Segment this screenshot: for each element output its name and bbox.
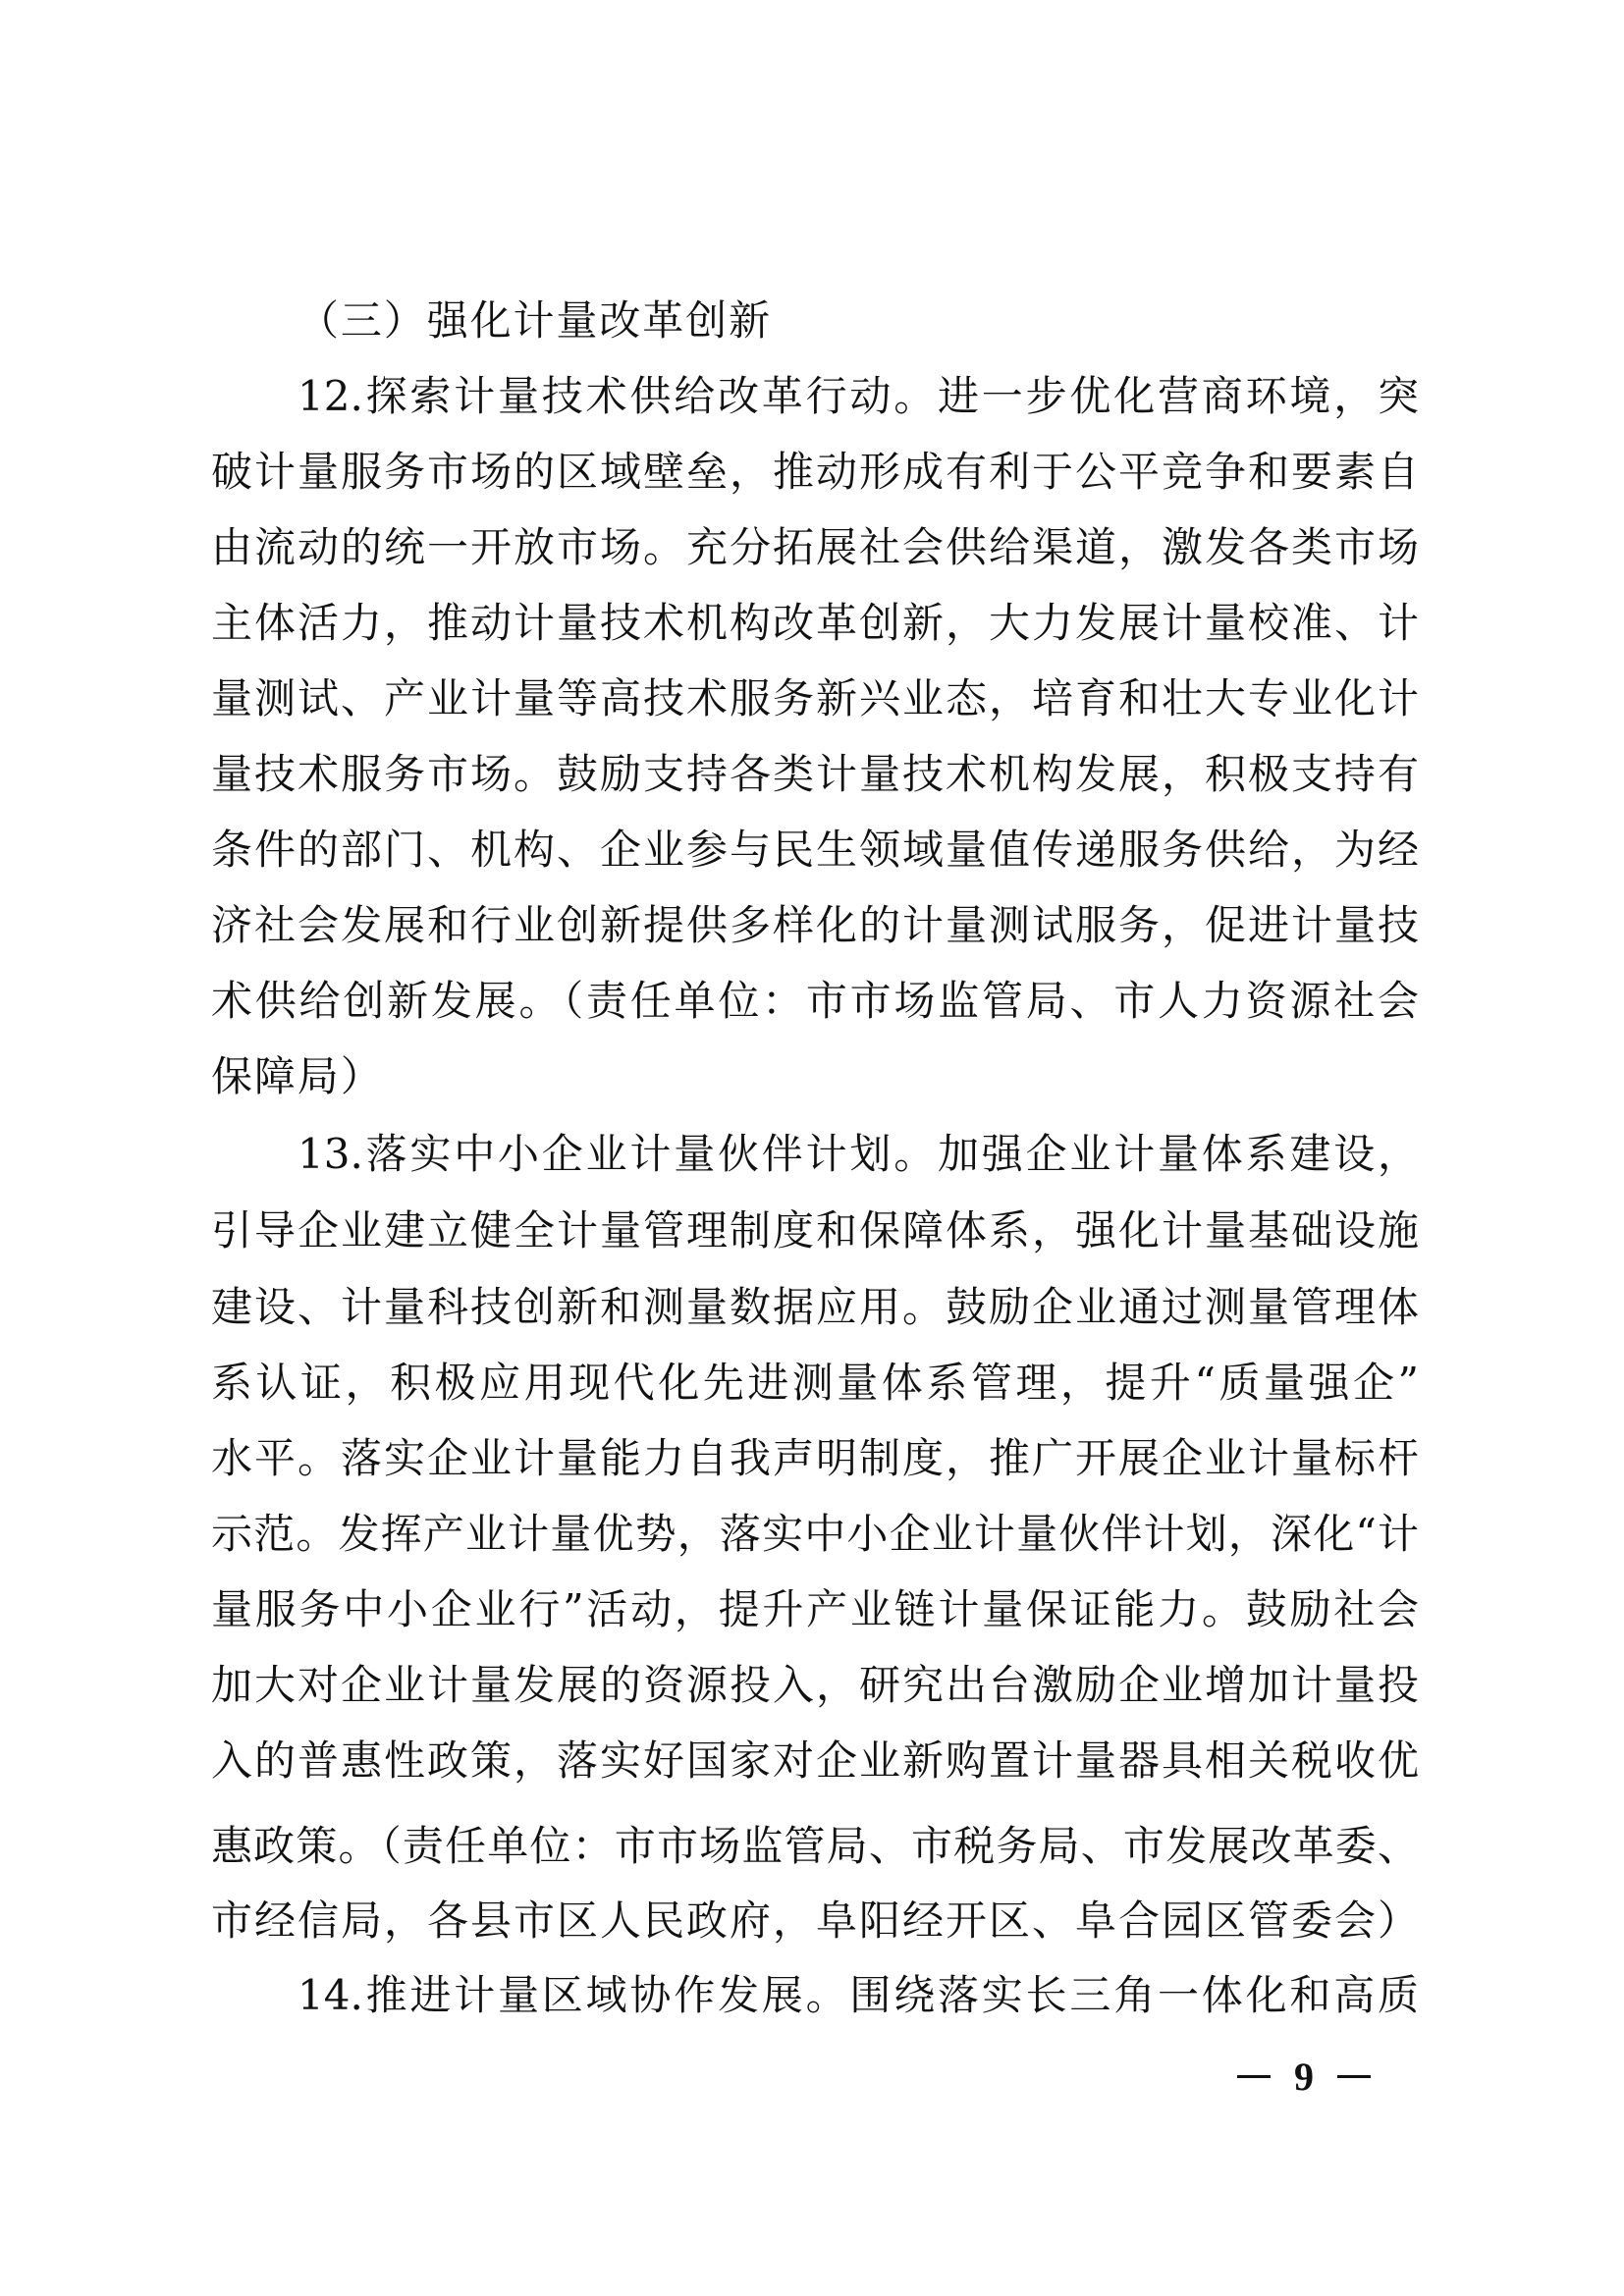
item-12-line-8: 济社会发展和行业创新提供多样化的计量测试服务，促进计量技 [211,896,1419,955]
item-13-line-4: 系认证，积极应用现代化先进测量体系管理，提升“质量强企” [211,1354,1419,1413]
item-12-line-3: 由流动的统一开放市场。充分拓展社会供给渠道，激发各类市场 [211,518,1419,577]
document-page: （三）强化计量改革创新 12.探索计量技术供给改革行动。进一步优化营商环境，突 … [0,0,1624,2296]
item-13-line-5: 水平。落实企业计量能力自我声明制度，推广开展企业计量标杆 [211,1429,1419,1488]
item-12-line-6: 量技术服务市场。鼓励支持各类计量技术机构发展，积极支持有 [211,745,1419,804]
item-13-line-6: 示范。发挥产业计量优势，落实中小企业计量伙伴计划，深化“计 [211,1505,1419,1564]
item-12-line-1: 12.探索计量技术供给改革行动。进一步优化营商环境，突 [298,367,1419,426]
page-number: 9 [1237,2052,1371,2101]
item-12-line-2: 破计量服务市场的区域壁垒，推动形成有利于公平竞争和要素自 [211,443,1419,502]
item-12-line-10: 保障局） [211,1047,1419,1106]
item-13-line-2: 引导企业建立健全计量管理制度和保障体系，强化计量基础设施 [211,1201,1419,1260]
item-13-line-8: 加大对企业计量发展的资源投入，研究出台激励企业增加计量投 [211,1656,1419,1715]
page-number-value: 9 [1294,2054,1314,2100]
item-12-line-5: 量测试、产业计量等高技术服务新兴业态，培育和壮大专业化计 [211,669,1419,728]
item-13-line-11: 市经信局，各县市区人民政府，阜阳经开区、阜合园区管委会） [211,1892,1419,1950]
item-12-line-9: 术供给创新发展。（责任单位：市市场监管局、市人力资源社会 [211,972,1419,1031]
item-13-line-9: 入的普惠性政策，落实好国家对企业新购置计量器具相关税收优 [211,1732,1419,1790]
item-12-line-4: 主体活力，推动计量技术机构改革创新，大力发展计量校准、计 [211,594,1419,653]
left-dash [1237,2075,1271,2078]
item-13-line-7: 量服务中小企业行”活动，提升产业链计量保证能力。鼓励社会 [211,1580,1419,1639]
item-12-line-7: 条件的部门、机构、企业参与民生领域量值传递服务供给，为经 [211,821,1419,880]
item-13-line-1: 13.落实中小企业计量伙伴计划。加强企业计量体系建设， [298,1125,1419,1184]
item-14-line-1: 14.推进计量区域协作发展。围绕落实长三角一体化和高质 [298,1966,1419,2025]
item-13-line-10: 惠政策。（责任单位：市市场监管局、市税务局、市发展改革委、 [211,1817,1419,1876]
right-dash [1337,2075,1371,2078]
section-heading: （三）强化计量改革创新 [298,292,772,350]
item-13-line-3: 建设、计量科技创新和测量数据应用。鼓励企业通过测量管理体 [211,1278,1419,1337]
